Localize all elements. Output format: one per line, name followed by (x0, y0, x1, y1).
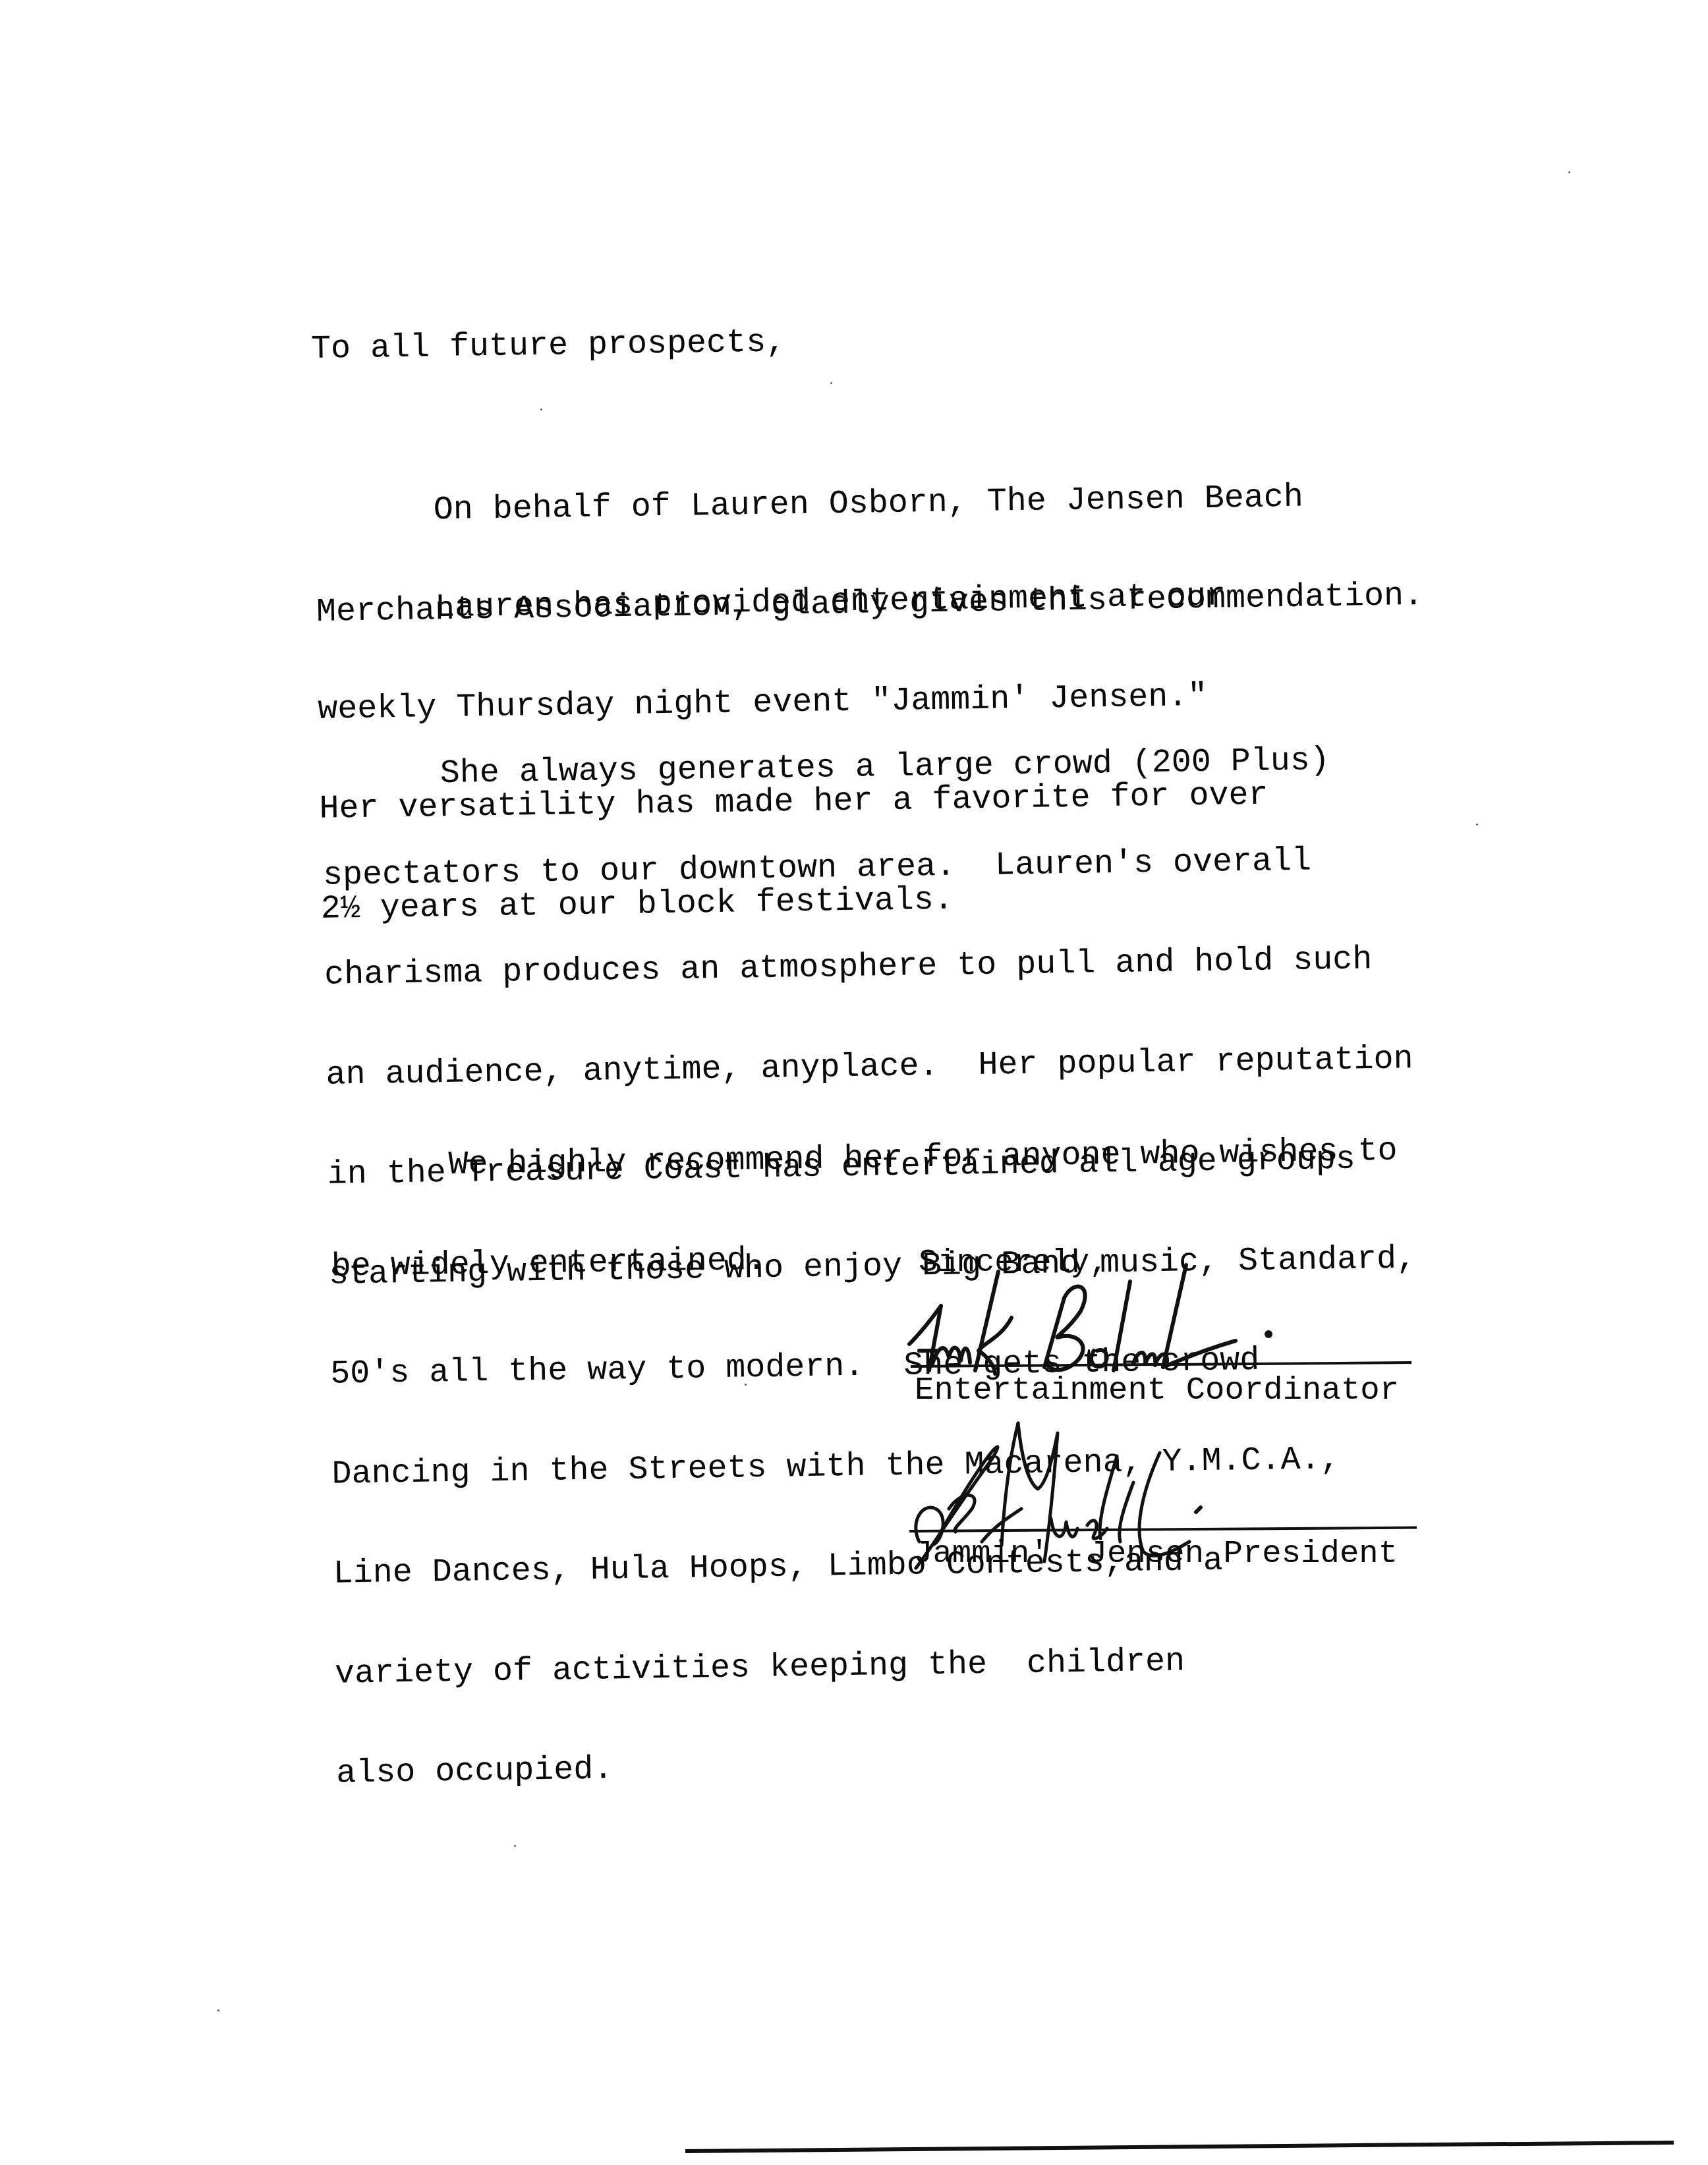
paragraph-line: charisma produces an atmosphere to pull … (324, 943, 1412, 992)
signatory-title: Jammin' Jensen President (913, 1535, 1398, 1572)
scan-speck (540, 408, 542, 410)
paragraph-line: spectators to our downtown area. Lauren'… (323, 843, 1411, 893)
paragraph-line: We highly recommend her for anyone who w… (329, 1135, 1398, 1185)
scan-speck (217, 2010, 219, 2011)
letter-body: To all future prospects, On behalf of La… (0, 0, 1708, 2165)
paragraph-line: Dancing in the Streets with the Macarena… (331, 1442, 1419, 1492)
signatory-title: Entertainment Coordinator (915, 1372, 1399, 1409)
scan-speck (745, 1384, 747, 1386)
scan-speck (830, 382, 832, 384)
scanned-letter-page: To all future prospects, On behalf of La… (0, 0, 1708, 2165)
paragraph-line: Lauren has provided entertainment at our (316, 580, 1266, 627)
scan-speck (514, 1845, 516, 1847)
scan-speck (1476, 824, 1478, 826)
paragraph-line: She always generates a large crowd (200 … (321, 743, 1409, 793)
salutation: To all future prospects, (311, 326, 786, 366)
scan-speck (1568, 171, 1570, 173)
paragraph-line: variety of activities keeping the childr… (335, 1642, 1423, 1691)
paragraph-line: also occupied. (336, 1741, 1424, 1791)
scan-speck (778, 1173, 780, 1175)
